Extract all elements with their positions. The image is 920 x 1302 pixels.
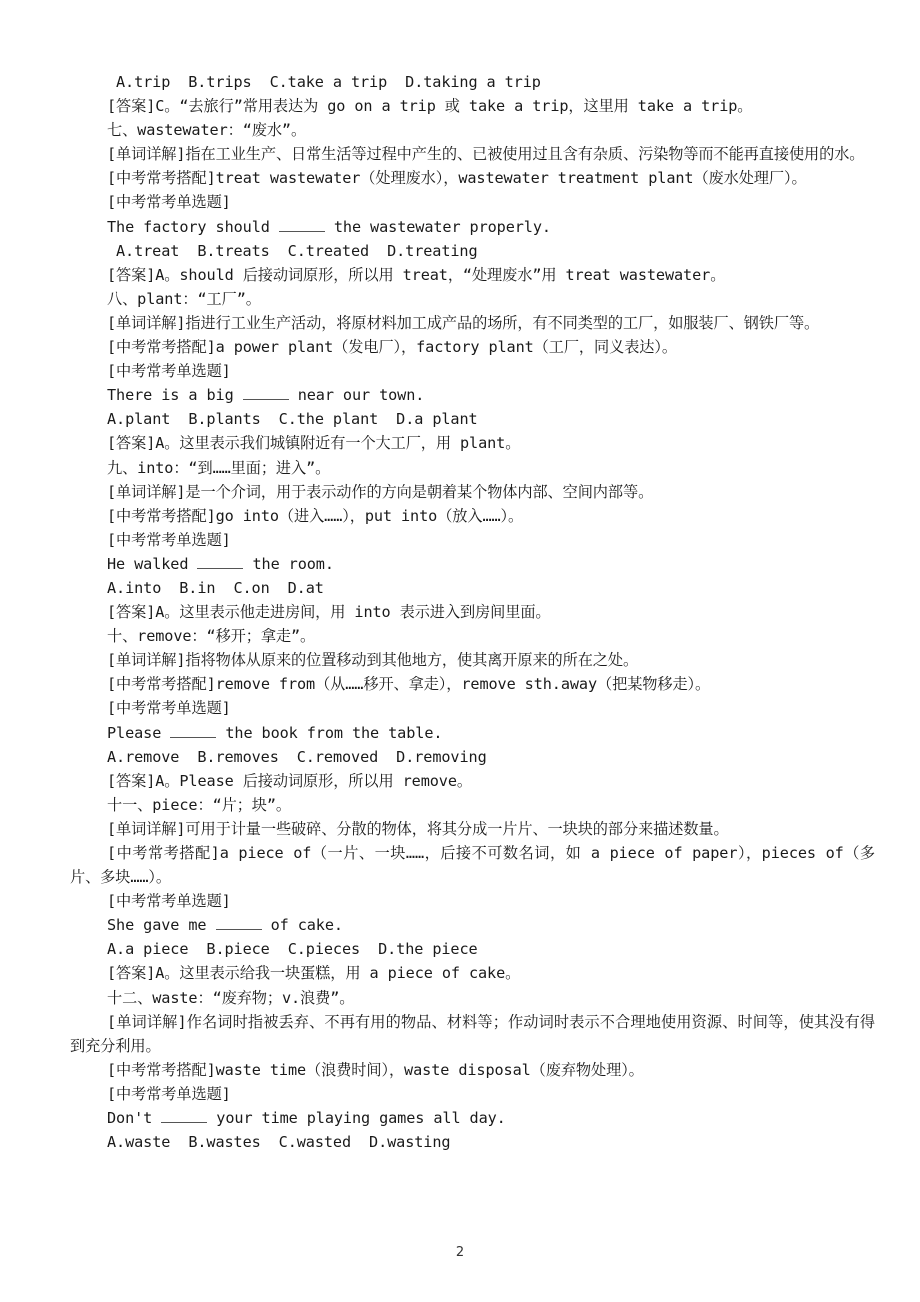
quiz-label: [中考常考单选题] (70, 696, 875, 720)
option-d: D.treating (387, 242, 477, 260)
option-b: B.treats (197, 242, 269, 260)
answer-blank (279, 217, 325, 232)
option-c: C.wasted (279, 1133, 351, 1151)
collocation: [中考常考搭配]a power plant（发电厂），factory plant… (70, 335, 875, 359)
answer-line: [答案]A。Please 后接动词原形，所以用 remove。 (70, 769, 875, 793)
question-text-after: near our town. (289, 386, 425, 404)
option-b: B.piece (206, 940, 269, 958)
option-a: A.trip (116, 73, 170, 91)
quiz-label: [中考常考单选题] (70, 528, 875, 552)
question-text-after: the room. (243, 555, 333, 573)
answer-line: [答案]C。“去旅行”常用表达为 go on a trip 或 take a t… (70, 94, 875, 118)
word-detail: [单词详解]指在工业生产、日常生活等过程中产生的、已被使用过且含有杂质、污染物等… (70, 142, 875, 166)
option-a: A.plant (107, 410, 170, 428)
entry-heading: 八、plant：“工厂”。 (70, 287, 875, 311)
entry-heading: 十、remove：“移开；拿走”。 (70, 624, 875, 648)
question-text-before: The factory should (107, 218, 279, 236)
answer-line: [答案]A。should 后接动词原形，所以用 treat，“处理废水”用 tr… (70, 263, 875, 287)
question-text-before: There is a big (107, 386, 243, 404)
answer-blank (161, 1108, 207, 1123)
options-line: A.tripB.tripsC.take a tripD.taking a tri… (70, 70, 875, 94)
option-b: B.trips (188, 73, 251, 91)
option-c: C.removed (297, 748, 378, 766)
options-line: A.intoB.inC.onD.at (70, 576, 875, 600)
option-c: C.the plant (279, 410, 378, 428)
option-d: D.at (288, 579, 324, 597)
option-d: D.taking a trip (405, 73, 541, 91)
quiz-question: Please the book from the table. (70, 721, 875, 745)
option-d: D.the piece (378, 940, 477, 958)
word-detail: [单词详解]指进行工业生产活动，将原材料加工成产品的场所，有不同类型的工厂，如服… (70, 311, 875, 335)
question-text-after: the book from the table. (216, 724, 442, 742)
question-text-before: Please (107, 724, 170, 742)
answer-line: [答案]A。这里表示他走进房间，用 into 表示进入到房间里面。 (70, 600, 875, 624)
option-b: B.in (179, 579, 215, 597)
entry-heading: 十一、piece：“片；块”。 (70, 793, 875, 817)
option-a: A.remove (107, 748, 179, 766)
question-text-after: the wastewater properly. (325, 218, 551, 236)
option-c: C.pieces (288, 940, 360, 958)
collocation: [中考常考搭配]go into（进入……），put into（放入……）。 (70, 504, 875, 528)
answer-line: [答案]A。这里表示我们城镇附近有一个大工厂，用 plant。 (70, 431, 875, 455)
option-b: B.removes (197, 748, 278, 766)
collocation: [中考常考搭配]treat wastewater（处理废水），wastewate… (70, 166, 875, 190)
quiz-label: [中考常考单选题] (70, 1082, 875, 1106)
options-line: A.wasteB.wastesC.wastedD.wasting (70, 1130, 875, 1154)
option-c: C.on (233, 579, 269, 597)
collocation: [中考常考搭配]a piece of（一片、一块……，后接不可数名词，如 a p… (70, 841, 875, 889)
option-d: D.wasting (369, 1133, 450, 1151)
option-b: B.plants (188, 410, 260, 428)
word-detail: [单词详解]是一个介词，用于表示动作的方向是朝着某个物体内部、空间内部等。 (70, 480, 875, 504)
option-a: A.treat (116, 242, 179, 260)
document-page: A.tripB.tripsC.take a tripD.taking a tri… (70, 70, 875, 1154)
option-b: B.wastes (188, 1133, 260, 1151)
page-number: 2 (0, 1245, 920, 1260)
entry-heading: 十二、waste：“废弃物；v.浪费”。 (70, 986, 875, 1010)
answer-blank (170, 723, 216, 738)
options-line: A.treatB.treatsC.treatedD.treating (70, 239, 875, 263)
option-a: A.a piece (107, 940, 188, 958)
answer-blank (216, 915, 262, 930)
quiz-question: Don't your time playing games all day. (70, 1106, 875, 1130)
option-c: C.take a trip (270, 73, 388, 91)
entry-heading: 七、wastewater：“废水”。 (70, 118, 875, 142)
word-detail: [单词详解]可用于计量一些破碎、分散的物体，将其分成一片片、一块块的部分来描述数… (70, 817, 875, 841)
quiz-question: She gave me of cake. (70, 913, 875, 937)
answer-blank (197, 554, 243, 569)
collocation: [中考常考搭配]remove from（从……移开、拿走），remove sth… (70, 672, 875, 696)
option-d: D.removing (396, 748, 486, 766)
quiz-question: He walked the room. (70, 552, 875, 576)
word-detail: [单词详解]指将物体从原来的位置移动到其他地方，使其离开原来的所在之处。 (70, 648, 875, 672)
question-text-after: your time playing games all day. (207, 1109, 505, 1127)
question-text-before: She gave me (107, 916, 216, 934)
option-c: C.treated (288, 242, 369, 260)
quiz-label: [中考常考单选题] (70, 359, 875, 383)
question-text-after: of cake. (262, 916, 343, 934)
options-line: A.plantB.plantsC.the plantD.a plant (70, 407, 875, 431)
option-a: A.waste (107, 1133, 170, 1151)
question-text-before: He walked (107, 555, 197, 573)
entry-heading: 九、into：“到……里面；进入”。 (70, 456, 875, 480)
option-a: A.into (107, 579, 161, 597)
answer-line: [答案]A。这里表示给我一块蛋糕，用 a piece of cake。 (70, 961, 875, 985)
quiz-question: The factory should the wastewater proper… (70, 215, 875, 239)
quiz-label: [中考常考单选题] (70, 190, 875, 214)
option-d: D.a plant (396, 410, 477, 428)
options-line: A.a pieceB.pieceC.piecesD.the piece (70, 937, 875, 961)
collocation: [中考常考搭配]waste time（浪费时间），waste disposal（… (70, 1058, 875, 1082)
quiz-label: [中考常考单选题] (70, 889, 875, 913)
question-text-before: Don't (107, 1109, 161, 1127)
options-line: A.removeB.removesC.removedD.removing (70, 745, 875, 769)
word-detail: [单词详解]作名词时指被丢弃、不再有用的物品、材料等；作动词时表示不合理地使用资… (70, 1010, 875, 1058)
quiz-question: There is a big near our town. (70, 383, 875, 407)
answer-blank (243, 385, 289, 400)
